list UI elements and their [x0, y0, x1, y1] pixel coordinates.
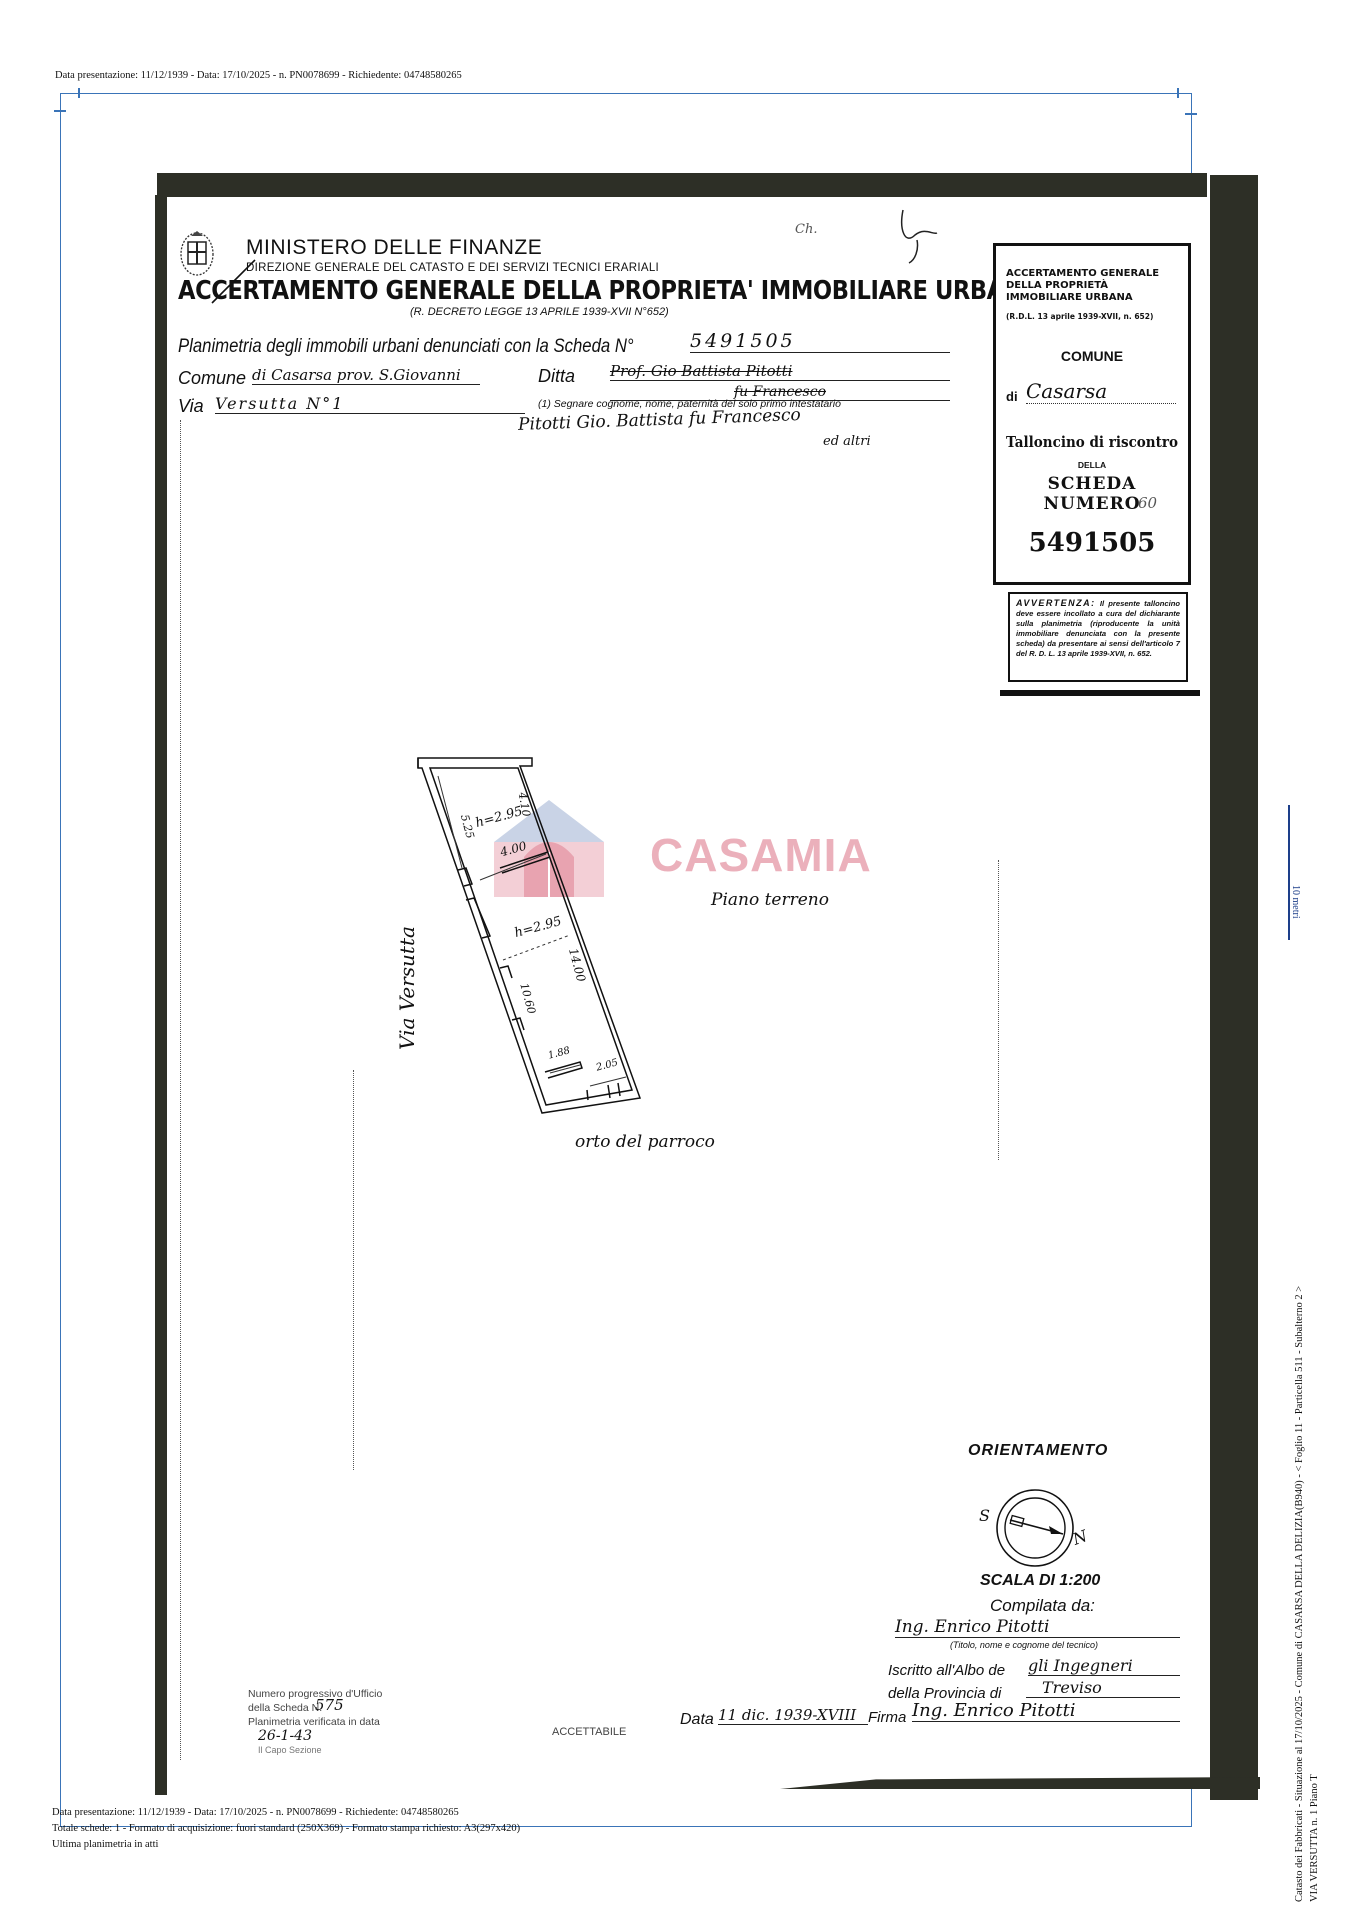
- margin-guide: [180, 420, 181, 1760]
- planimetria-label: Planimetria degli immobili urbani denunc…: [178, 336, 634, 358]
- stub-handwritten: 60: [1138, 494, 1157, 512]
- compilata-label: Compilata da:: [990, 1596, 1095, 1616]
- compass-south: S: [979, 1506, 990, 1525]
- office-verificata-value: 26-1-43: [258, 1728, 312, 1744]
- stub-della: DELLA: [996, 460, 1188, 470]
- footer-line1: Data presentazione: 11/12/1939 - Data: 1…: [52, 1807, 459, 1818]
- tecnico-caption: (Titolo, nome e cognome del tecnico): [950, 1640, 1098, 1650]
- decree-subtitle: (R. DECRETO LEGGE 13 APRILE 1939-XVII N°…: [410, 306, 669, 318]
- ditta-field: Prof. Gio Battista Pitotti: [610, 362, 950, 381]
- floor-plan: h=2.95 5.25 4.10 4.00 h=2.95 14.00 10.60…: [400, 740, 880, 1120]
- side-scale-label: 10 metri: [1290, 885, 1301, 919]
- footer-line2: Totale schede: 1 - Formato di acquisizio…: [52, 1823, 520, 1834]
- via-label: Via: [178, 396, 204, 417]
- orientation-label: ORIENTAMENTO: [968, 1442, 1108, 1460]
- office-bottom-line: Il Capo Sezione: [258, 1745, 322, 1755]
- stub-title: ACCERTAMENTO GENERALE DELLA PROPRIETÀ IM…: [1006, 268, 1181, 304]
- office-scheda-value: 575: [315, 1696, 344, 1714]
- main-title: ACCERTAMENTO GENERALE DELLA PROPRIETA' I…: [178, 276, 1039, 306]
- provincia-field: Treviso: [1026, 1678, 1180, 1698]
- street-label: Via Versutta: [395, 926, 419, 1050]
- frame-tick: [54, 110, 66, 112]
- frame-tick: [1185, 113, 1197, 115]
- scan-edge-top: [157, 173, 1207, 197]
- stub-warning-title: AVVERTENZA:: [1016, 598, 1096, 608]
- firma-field: Ing. Enrico Pitotti: [912, 1700, 1180, 1722]
- side-caption-line1: Catasto dei Fabbricati - Situazione al 1…: [1294, 1286, 1305, 1902]
- stub-di-label: di: [1006, 389, 1018, 404]
- office-scheda-label: della Scheda N.: [248, 1702, 322, 1714]
- comune-label: Comune: [178, 368, 246, 389]
- direction-subtitle: DIREZIONE GENERALE DEL CATASTO E DEI SER…: [246, 262, 659, 274]
- stub-card: ACCERTAMENTO GENERALE DELLA PROPRIETÀ IM…: [993, 243, 1191, 585]
- stub-talloncino: Talloncino di riscontro: [1006, 433, 1179, 451]
- scheda-number-field: 5491505: [690, 330, 950, 353]
- stub-warning: AVVERTENZA: Il presente talloncino deve …: [1008, 592, 1188, 682]
- corner-sign-mark: [895, 205, 940, 265]
- tecnico-field: Ing. Enrico Pitotti: [895, 1617, 1180, 1638]
- data-field: 11 dic. 1939-XVIII: [718, 1706, 868, 1725]
- header-line: Data presentazione: 11/12/1939 - Data: 1…: [55, 70, 462, 81]
- garden-label: orto del parroco: [575, 1132, 715, 1152]
- compass-icon: S N: [985, 1488, 1095, 1568]
- ministry-title: MINISTERO DELLE FINANZE: [246, 236, 542, 260]
- scale-label: SCALA DI 1:200: [980, 1572, 1100, 1590]
- scan-edge-right: [1210, 175, 1258, 1800]
- corner-note: Ch.: [795, 222, 817, 237]
- margin-guide: [353, 1070, 354, 1470]
- stub-rdl: (R.D.L. 13 aprile 1939-XVII, n. 652): [1006, 312, 1186, 321]
- stub-warning-text: AVVERTENZA: Il presente talloncino deve …: [1016, 598, 1180, 659]
- stub-comune-value: Casarsa: [1026, 379, 1176, 404]
- stub-number: 5491505: [996, 528, 1188, 558]
- via-field: Versutta N°1: [215, 394, 525, 414]
- scan-edge-left: [155, 195, 167, 1795]
- accettabile-stamp: ACCETTABILE: [552, 1726, 626, 1738]
- stub-comune-label: COMUNE: [996, 348, 1188, 364]
- frame-tick: [1177, 88, 1179, 98]
- owner-handwritten-2: ed altri: [823, 434, 871, 449]
- frame-tick: [78, 88, 80, 98]
- side-caption-line2: VIA VERSUTTA n. 1 Piano T: [1309, 1774, 1320, 1902]
- albo-label: Iscritto all'Albo de: [888, 1662, 1005, 1679]
- office-verificata-label: Planimetria verificata in data: [248, 1716, 380, 1728]
- ditta-label: Ditta: [538, 366, 575, 387]
- firma-label: Firma: [868, 1709, 906, 1726]
- floor-label: Piano terreno: [711, 890, 829, 910]
- stub-shadow: [1000, 690, 1200, 696]
- footer-line3: Ultima planimetria in atti: [52, 1839, 158, 1850]
- stub-scheda-numero: SCHEDA NUMERO: [996, 474, 1188, 514]
- comune-field: di Casarsa prov. S.Giovanni: [252, 366, 480, 385]
- data-label: Data: [680, 1711, 714, 1729]
- side-scale-bar: [1288, 805, 1290, 940]
- margin-guide: [998, 860, 999, 1160]
- albo-field: gli Ingegneri: [1028, 1656, 1180, 1676]
